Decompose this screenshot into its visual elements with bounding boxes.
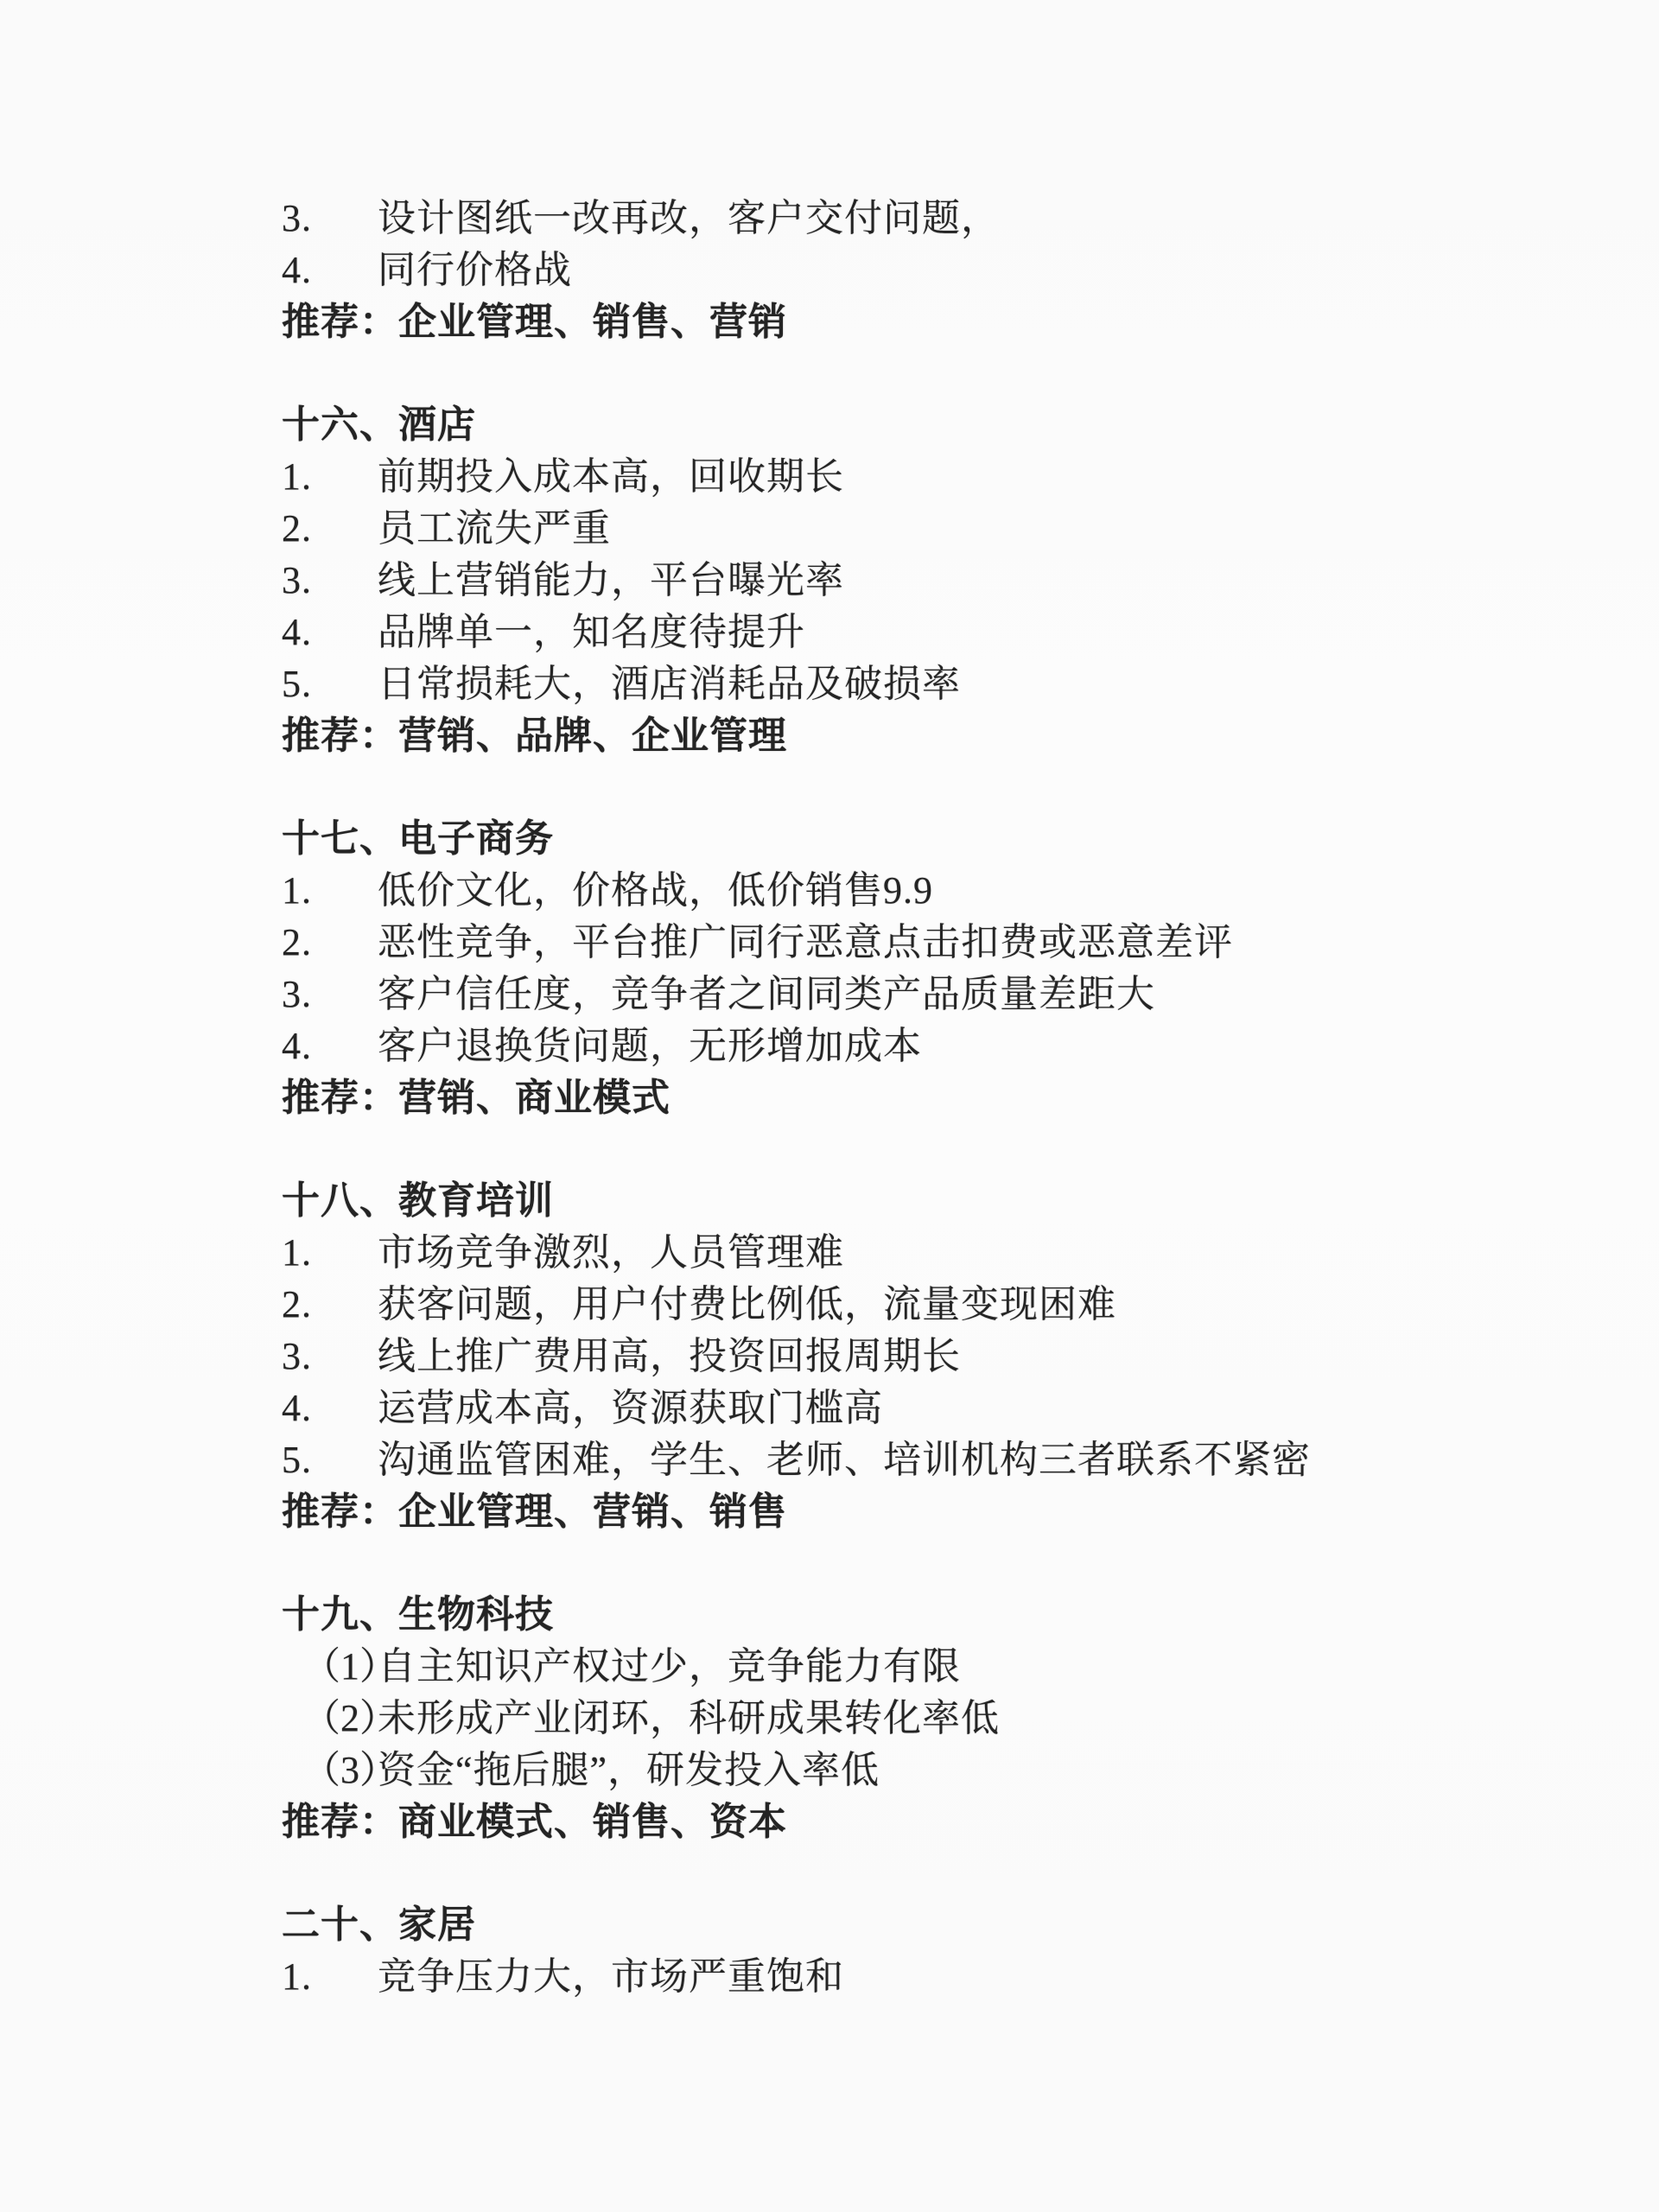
- item-number: 3.: [282, 969, 378, 1020]
- item-number: 1.: [282, 1951, 378, 2003]
- list-item: 4.客户退换货问题，无形增加成本: [282, 1020, 1659, 1072]
- list-item: 1.低价文化，价格战，低价销售9.9: [282, 865, 1659, 917]
- list-item: 3.设计图纸一改再改，客户交付问题，: [282, 193, 1659, 245]
- list-item: 4.品牌单一，知名度待提升: [282, 607, 1659, 658]
- list-item: 2.获客问题，用户付费比例低，流量变现困难: [282, 1279, 1659, 1331]
- item-text: 日常损耗大，酒店消耗品及破损率: [378, 663, 961, 705]
- recommendation-line: 推荐：企业管理、销售、营销: [282, 296, 1659, 348]
- item-text: 低价文化，价格战，低价销售9.9: [378, 869, 933, 912]
- list-item: 5.日常损耗大，酒店消耗品及破损率: [282, 658, 1659, 710]
- item-text: 线上推广费用高，投资回报周期长: [378, 1335, 961, 1377]
- recommendation-line: 推荐：企业管理、营销、销售: [282, 1486, 1659, 1538]
- item-text: 竞争压力大，市场严重饱和: [378, 1955, 844, 1998]
- item-text: 线上营销能力，平台曝光率: [378, 559, 844, 601]
- item-number: 3.: [282, 193, 378, 245]
- item-text: 未形成产业闭环，科研成果转化率低: [378, 1697, 1000, 1739]
- list-item: （3）资金“拖后腿”，研发投入率低: [302, 1745, 1659, 1796]
- list-item: 1.竞争压力大，市场严重饱和: [282, 1951, 1659, 2003]
- item-number: 2.: [282, 917, 378, 969]
- item-number: 1.: [282, 865, 378, 917]
- list-item: 4.同行价格战: [282, 245, 1659, 296]
- item-text: 沟通监管困难，学生、老师、培训机构三者联系不紧密: [378, 1439, 1311, 1481]
- item-number: 2.: [282, 503, 378, 555]
- document-page: 3.设计图纸一改再改，客户交付问题，4.同行价格战推荐：企业管理、销售、营销十六…: [0, 0, 1659, 2212]
- recommendation-line: 推荐：营销、品牌、企业管理: [282, 710, 1659, 762]
- item-text: 恶性竞争，平台推广同行恶意点击扣费或恶意差评: [378, 921, 1233, 963]
- item-text: 市场竞争激烈，人员管理难: [378, 1231, 844, 1274]
- recommendation-line: 推荐：商业模式、销售、资本: [282, 1796, 1659, 1848]
- section-title: 十六、酒店: [282, 399, 1659, 451]
- item-text: 品牌单一，知名度待提升: [378, 611, 805, 653]
- item-number: 4.: [282, 1382, 378, 1434]
- section-title: 十八、教育培训: [282, 1175, 1659, 1227]
- section-title: 十九、生物科技: [282, 1589, 1659, 1641]
- item-number: 3.: [282, 555, 378, 607]
- list-item: （1）自主知识产权过少，竞争能力有限: [302, 1641, 1659, 1693]
- list-item: 2.恶性竞争，平台推广同行恶意点击扣费或恶意差评: [282, 917, 1659, 969]
- item-number: （3）: [302, 1745, 378, 1796]
- item-text: 资金“拖后腿”，研发投入率低: [378, 1749, 880, 1791]
- item-number: 5.: [282, 1434, 378, 1486]
- item-text: 客户退换货问题，无形增加成本: [378, 1025, 922, 1067]
- recommendation-line: 推荐：营销、商业模式: [282, 1072, 1659, 1124]
- list-item: 2.员工流失严重: [282, 503, 1659, 555]
- item-number: 3.: [282, 1331, 378, 1382]
- item-number: 4.: [282, 245, 378, 296]
- section-title: 十七、电子商务: [282, 813, 1659, 865]
- item-number: （2）: [302, 1693, 378, 1745]
- item-number: 5.: [282, 658, 378, 710]
- item-text: 设计图纸一改再改，客户交付问题，: [378, 197, 1000, 239]
- item-text: 客户信任度，竞争者之间同类产品质量差距大: [378, 973, 1155, 1015]
- list-item: 1.前期投入成本高，回收期长: [282, 451, 1659, 503]
- list-item: 3.线上推广费用高，投资回报周期长: [282, 1331, 1659, 1382]
- document-content: 3.设计图纸一改再改，客户交付问题，4.同行价格战推荐：企业管理、销售、营销十六…: [0, 193, 1659, 2003]
- item-number: 4.: [282, 1020, 378, 1072]
- item-text: 员工流失严重: [378, 507, 611, 550]
- item-number: 4.: [282, 607, 378, 658]
- item-number: 1.: [282, 1227, 378, 1279]
- list-item: 4.运营成本高，资源获取门槛高: [282, 1382, 1659, 1434]
- item-text: 运营成本高，资源获取门槛高: [378, 1387, 883, 1429]
- item-text: 自主知识产权过少，竞争能力有限: [378, 1645, 961, 1688]
- section-title: 二十、家居: [282, 1899, 1659, 1951]
- item-text: 前期投入成本高，回收期长: [378, 455, 844, 498]
- item-number: （1）: [302, 1641, 378, 1693]
- list-item: （2）未形成产业闭环，科研成果转化率低: [302, 1693, 1659, 1745]
- item-text: 同行价格战: [378, 249, 572, 291]
- list-item: 5.沟通监管困难，学生、老师、培训机构三者联系不紧密: [282, 1434, 1659, 1486]
- list-item: 1.市场竞争激烈，人员管理难: [282, 1227, 1659, 1279]
- item-number: 1.: [282, 451, 378, 503]
- item-text: 获客问题，用户付费比例低，流量变现困难: [378, 1283, 1116, 1325]
- item-number: 2.: [282, 1279, 378, 1331]
- list-item: 3.线上营销能力，平台曝光率: [282, 555, 1659, 607]
- list-item: 3.客户信任度，竞争者之间同类产品质量差距大: [282, 969, 1659, 1020]
